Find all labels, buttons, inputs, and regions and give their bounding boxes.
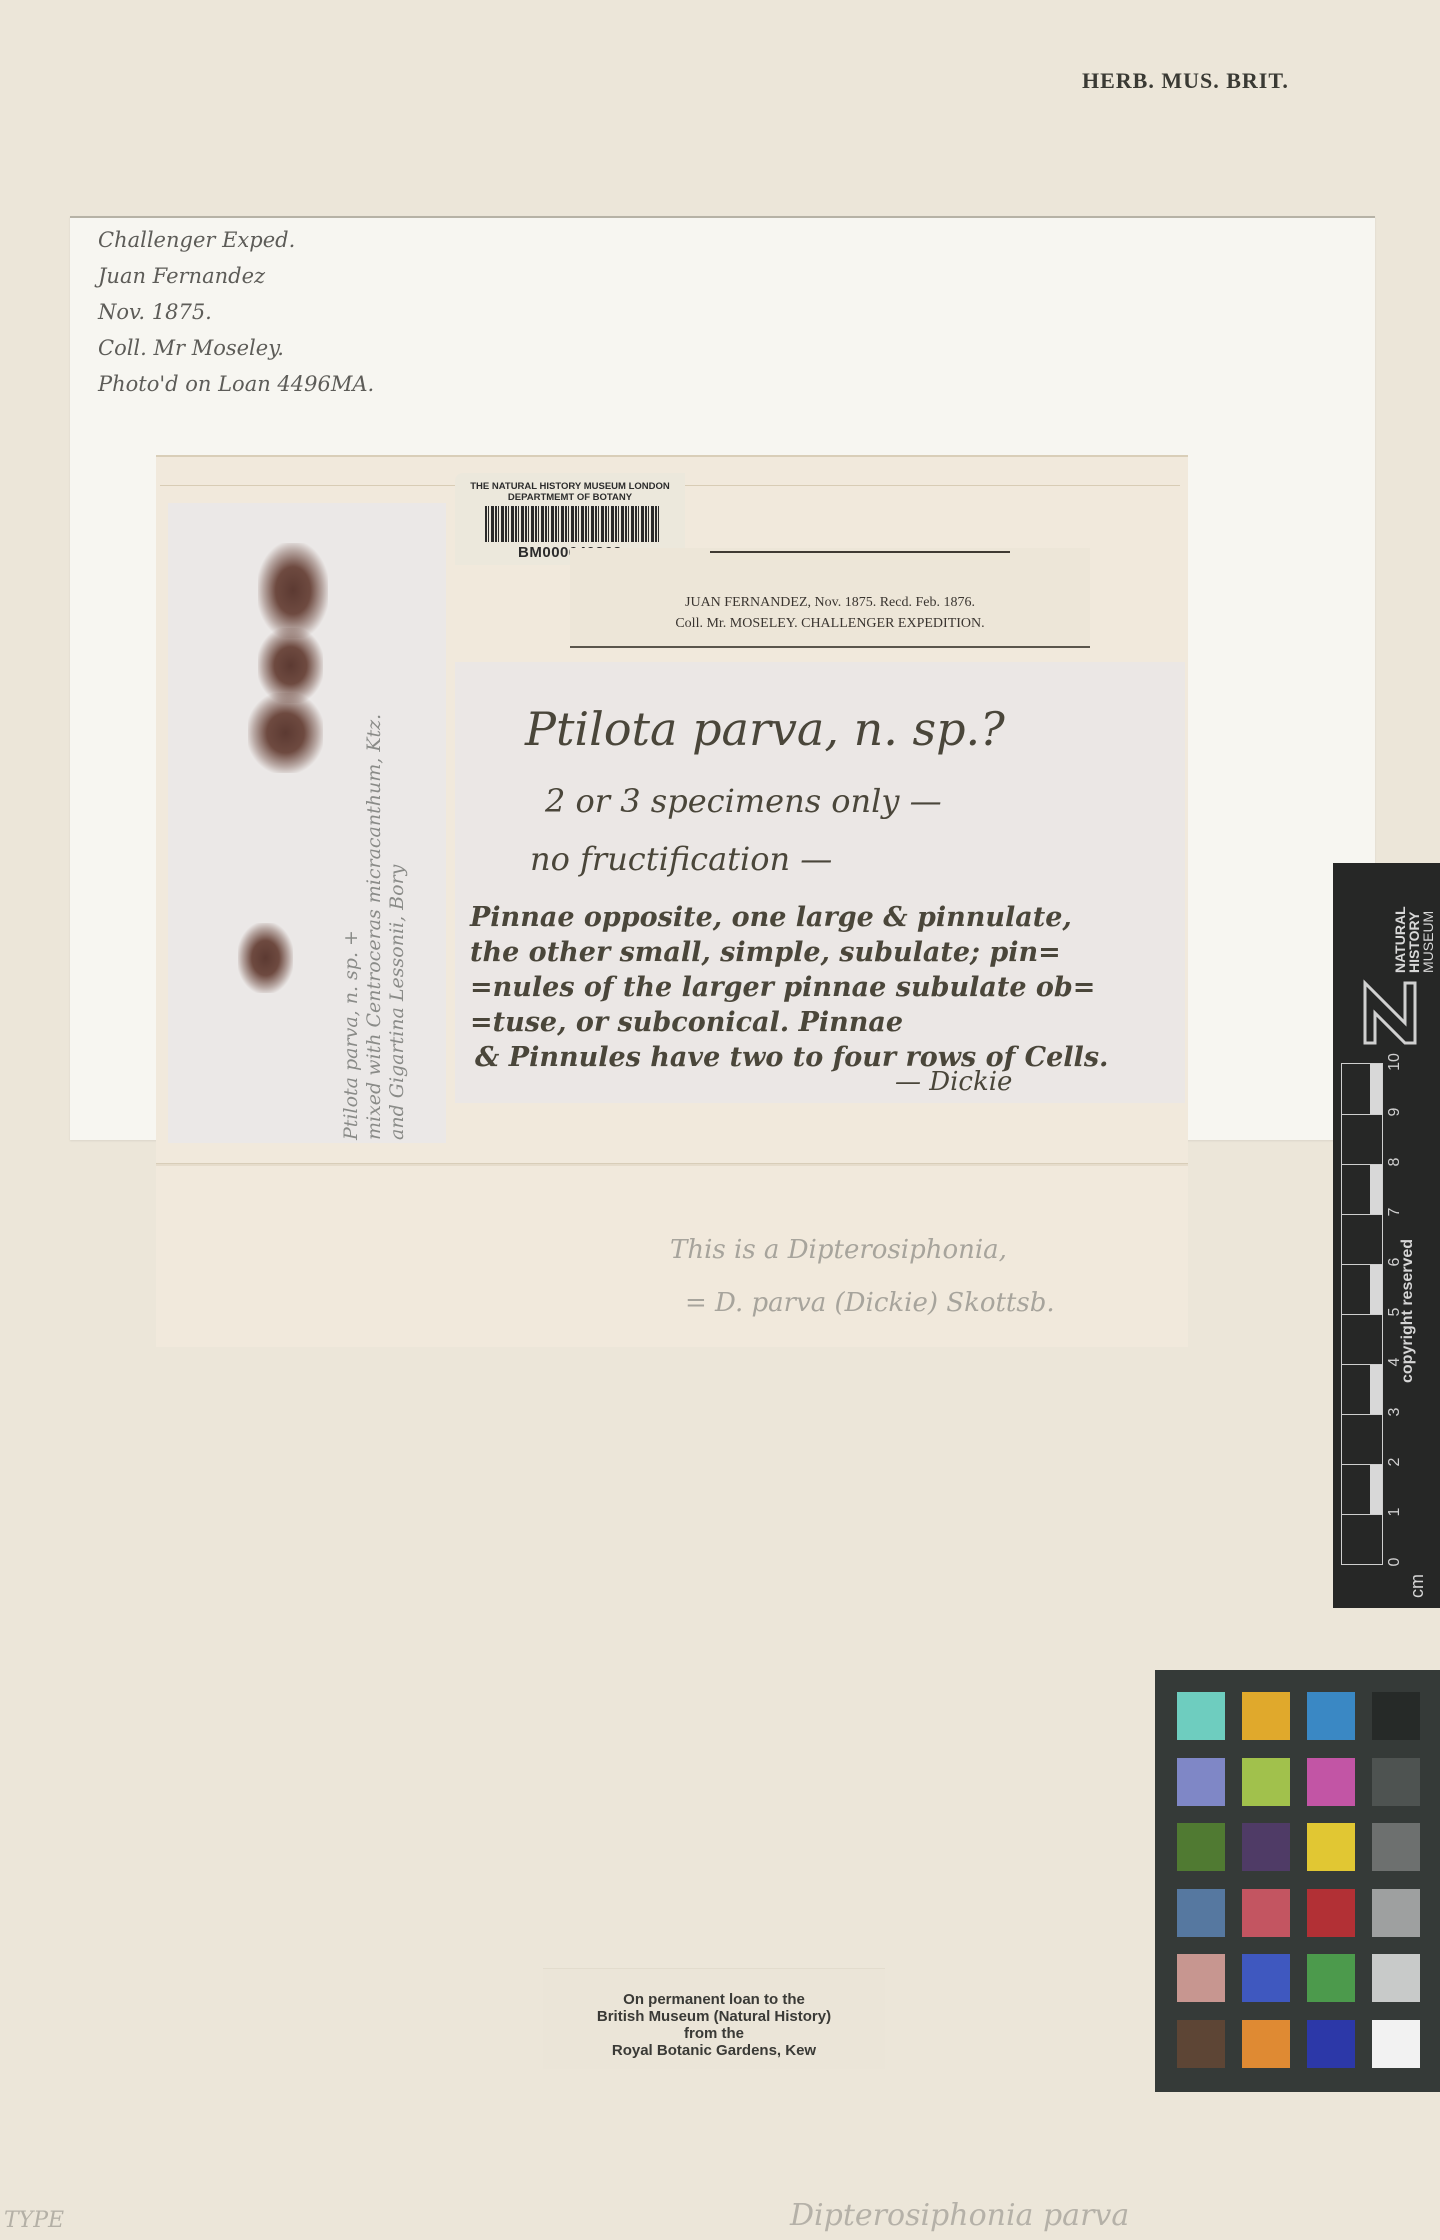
determination-line: = D. parva (Dickie) Skottsb.	[685, 1288, 1055, 1318]
color-swatch	[1372, 1692, 1420, 1740]
specimen-note-line: and Gigartina Lessonii, Bory	[386, 714, 409, 1140]
specimen-plant	[248, 693, 323, 773]
label-body-line: Pinnae opposite, one large & pinnulate,	[470, 902, 1072, 933]
ruler-tick	[1342, 1414, 1382, 1415]
barcode	[485, 506, 661, 542]
specimen-note-line: Ptilota parva, n. sp. +	[340, 714, 363, 1140]
packet-fold	[156, 1163, 1188, 1166]
museum-name: THE NATURAL HISTORY MUSEUM LONDON	[455, 481, 685, 492]
color-swatch	[1177, 1692, 1225, 1740]
department-name: DEPARTMEMT OF BOTANY	[455, 492, 685, 503]
ruler-label: 3	[1386, 1402, 1404, 1422]
color-swatch	[1307, 2020, 1355, 2068]
color-swatch	[1372, 1823, 1420, 1871]
ruler-segment	[1370, 1264, 1382, 1314]
color-swatch	[1307, 1954, 1355, 2002]
envelope-notes: Challenger Exped. Juan Fernandez Nov. 18…	[98, 222, 374, 402]
color-swatch	[1307, 1889, 1355, 1937]
species-title: Ptilota parva, n. sp.?	[525, 702, 1005, 756]
color-swatch	[1307, 1692, 1355, 1740]
label-body-line: the other small, simple, subulate; pin=	[470, 937, 1061, 968]
envelope-note-line: Photo'd on Loan 4496MA.	[98, 366, 374, 402]
label-line: 2 or 3 specimens only —	[545, 782, 942, 820]
ruler-segment	[1370, 1364, 1382, 1414]
ruler-label: 10	[1386, 1052, 1404, 1072]
specimen-note-line: mixed with Centroceras micracanthum, Ktz…	[363, 714, 386, 1140]
ruler-tick	[1342, 1514, 1382, 1515]
envelope-note-line: Coll. Mr Moseley.	[98, 330, 374, 366]
color-swatch	[1242, 1692, 1290, 1740]
ruler-tick	[1342, 1214, 1382, 1215]
ruler-label: 8	[1386, 1152, 1404, 1172]
printed-label: JUAN FERNANDEZ, Nov. 1875. Recd. Feb. 18…	[570, 548, 1090, 648]
rule	[570, 646, 1090, 648]
ruler-label: 0	[1386, 1552, 1404, 1572]
copyright-text: copyright reserved	[1399, 1239, 1417, 1383]
ruler-label: 7	[1386, 1202, 1404, 1222]
herbarium-stamp: HERB. MUS. BRIT.	[1082, 68, 1289, 94]
color-calibration-chart	[1155, 1670, 1440, 2092]
color-swatch	[1177, 1954, 1225, 2002]
label-body-line: & Pinnules have two to four rows of Cell…	[475, 1042, 1108, 1073]
color-swatch	[1307, 1758, 1355, 1806]
loan-label: On permanent loan to the British Museum …	[543, 1968, 885, 2069]
color-swatch	[1242, 1954, 1290, 2002]
loan-line: Royal Botanic Gardens, Kew	[543, 2042, 885, 2059]
loan-line: British Museum (Natural History)	[543, 2008, 885, 2025]
envelope-note-line: Nov. 1875.	[98, 294, 374, 330]
logo-line: MUSEUM	[1421, 906, 1435, 973]
label-line: no fructification —	[530, 840, 832, 878]
color-swatch	[1177, 1758, 1225, 1806]
ruler-tick	[1342, 1364, 1382, 1365]
envelope-note-line: Juan Fernandez	[98, 258, 374, 294]
ruler-tick	[1342, 1264, 1382, 1265]
scale-bar: NATURAL HISTORY MUSEUM 0 1 2 3 4 5 6 7 8…	[1333, 863, 1440, 1608]
color-swatch	[1242, 2020, 1290, 2068]
color-swatch	[1177, 1823, 1225, 1871]
envelope-note-line: Challenger Exped.	[98, 222, 374, 258]
type-annotation: TYPE	[4, 2208, 64, 2233]
ruler-segment	[1370, 1164, 1382, 1214]
ruler-segment	[1370, 1064, 1382, 1114]
logo-line: HISTORY	[1407, 906, 1421, 973]
ruler-tick	[1342, 1164, 1382, 1165]
loan-line: from the	[543, 2025, 885, 2042]
color-swatch	[1372, 1758, 1420, 1806]
ruler-label: 2	[1386, 1452, 1404, 1472]
printed-label-line: JUAN FERNANDEZ, Nov. 1875. Recd. Feb. 18…	[570, 595, 1090, 611]
specimen-plant	[258, 543, 328, 638]
name-annotation: Dipterosiphonia parva	[790, 2198, 1129, 2233]
color-swatch	[1242, 1889, 1290, 1937]
color-swatch	[1372, 1889, 1420, 1937]
color-swatch	[1372, 2020, 1420, 2068]
loan-line: On permanent loan to the	[543, 1991, 885, 2008]
color-swatch	[1177, 1889, 1225, 1937]
ruler-tick	[1342, 1464, 1382, 1465]
label-body-line: =nules of the larger pinnae subulate ob=	[470, 972, 1095, 1003]
specimen-plant	[238, 923, 293, 993]
color-swatch	[1242, 1823, 1290, 1871]
printed-label-line: Coll. Mr. MOSELEY. CHALLENGER EXPEDITION…	[570, 616, 1090, 632]
label-body-line: =tuse, or subconical. Pinnae	[470, 1007, 903, 1038]
specimen-plant	[258, 628, 323, 703]
ruler-tick	[1342, 1114, 1382, 1115]
color-swatch	[1242, 1758, 1290, 1806]
color-swatch	[1177, 2020, 1225, 2068]
unit-label: cm	[1407, 1574, 1428, 1598]
rule	[710, 551, 1010, 553]
logo-line: NATURAL	[1393, 906, 1407, 973]
color-swatch	[1372, 1954, 1420, 2002]
handwritten-label: Ptilota parva, n. sp.? 2 or 3 specimens …	[455, 662, 1185, 1103]
ruler-segment	[1370, 1464, 1382, 1514]
signature: — Dickie	[895, 1067, 1012, 1097]
ruler-tick	[1342, 1314, 1382, 1315]
color-swatch	[1307, 1823, 1355, 1871]
determination-line: This is a Dipterosiphonia,	[670, 1235, 1007, 1265]
specimen-note: Ptilota parva, n. sp. + mixed with Centr…	[340, 714, 409, 1140]
ruler-label: 9	[1386, 1102, 1404, 1122]
nhm-logo-text: NATURAL HISTORY MUSEUM	[1393, 906, 1435, 973]
ruler	[1341, 1063, 1383, 1565]
ruler-label: 1	[1386, 1502, 1404, 1522]
